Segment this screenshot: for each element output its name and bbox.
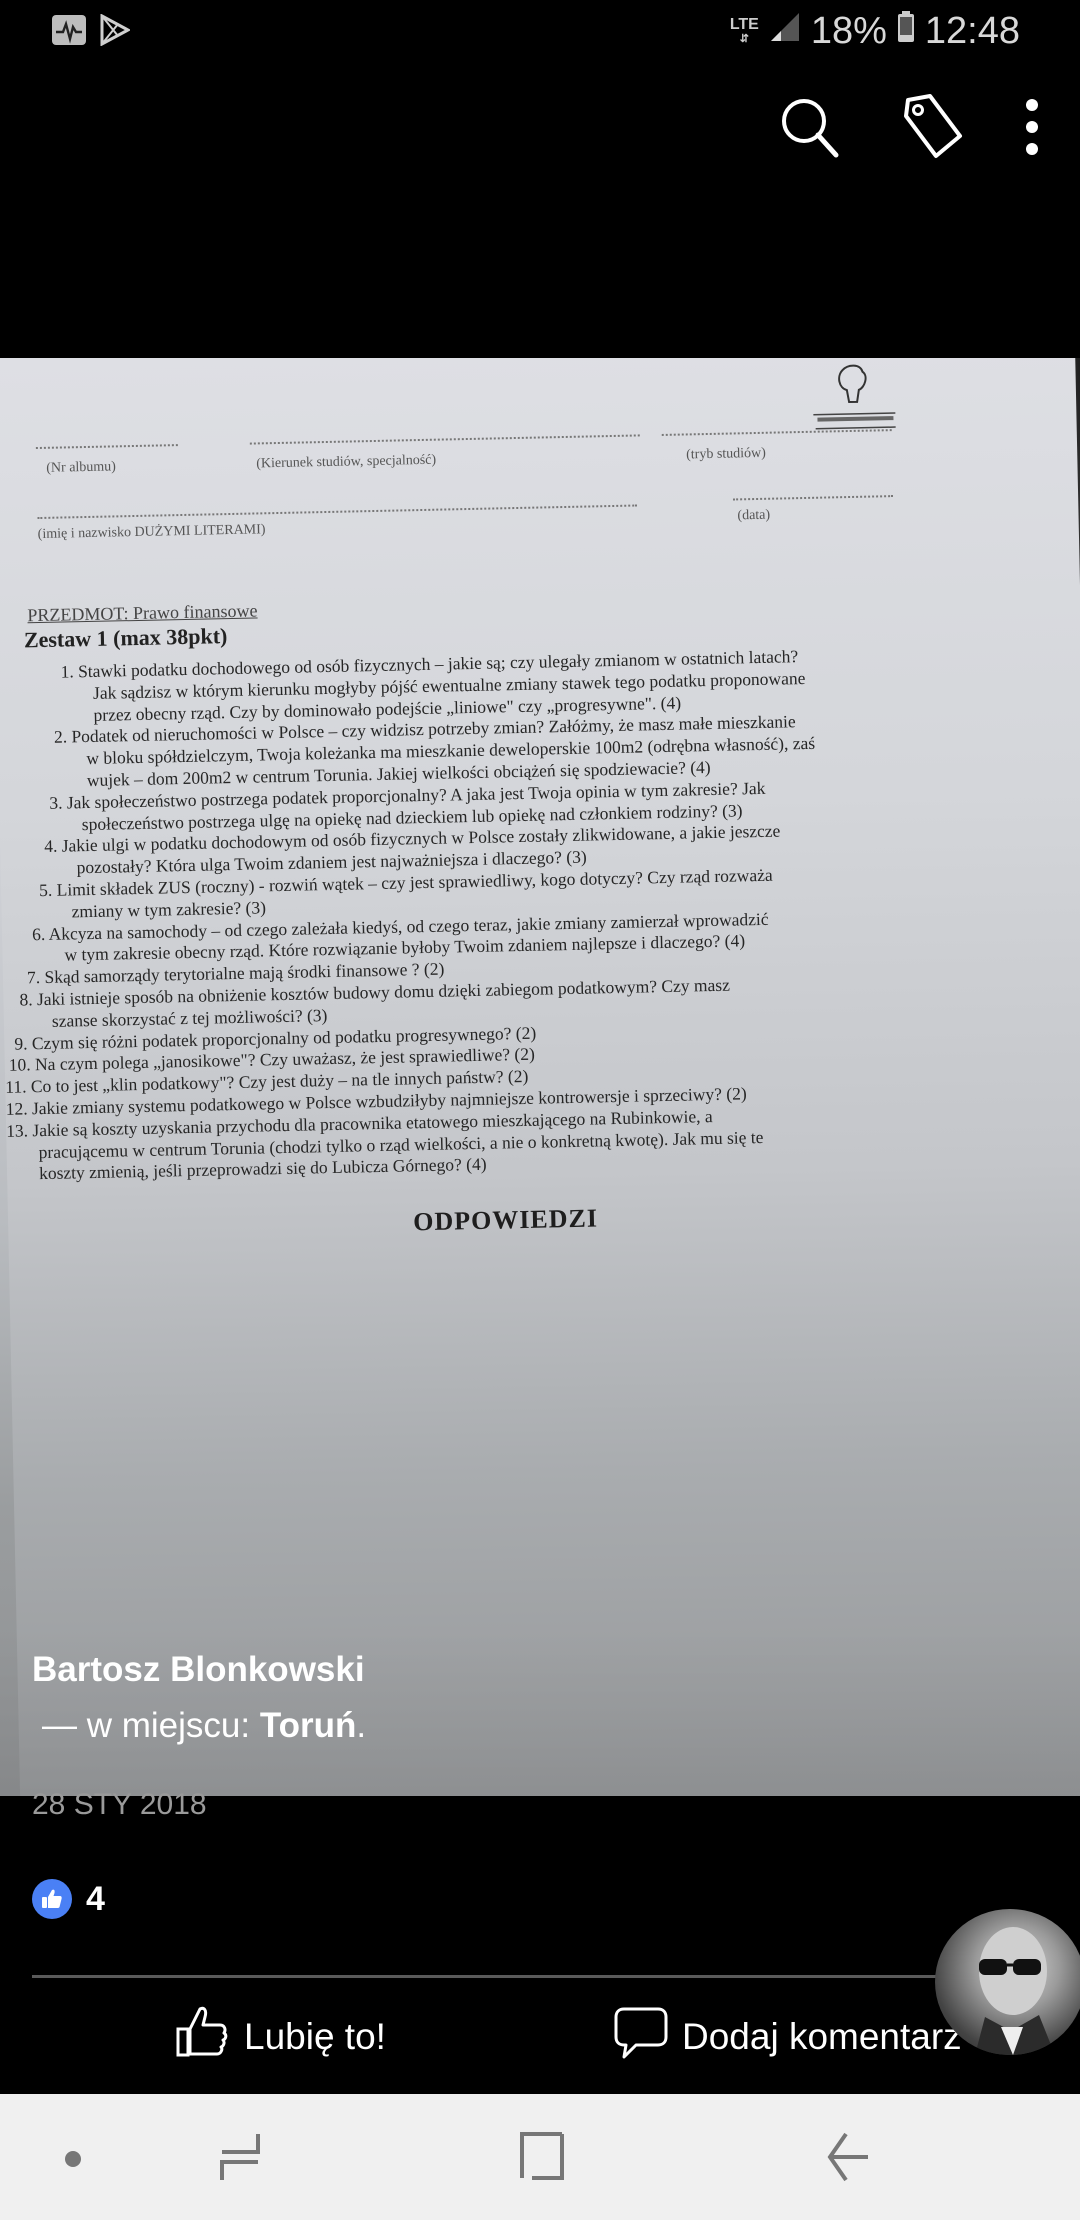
system-nav-bar [0,2094,1080,2220]
play-store-icon [100,14,130,51]
back-icon[interactable] [826,2132,870,2187]
set-title: Zestaw 1 (max 38pkt) [24,623,228,653]
battery-icon [897,10,915,53]
dot-icon[interactable] [64,2150,82,2173]
pulse-notification-icon [52,15,86,50]
divider [32,1975,952,1978]
post-date: 28 STY 2018 [32,1788,207,1822]
field-album-no: (Nr albumu) [46,459,116,476]
field-study-mode: (tryb studiów) [686,446,766,464]
like-count: 4 [86,1880,105,1919]
comment-label: Dodaj komentarz [682,2016,962,2058]
exam-sheet: (Nr albumu) (Kierunek studiów, specjalno… [0,358,1080,1796]
search-icon[interactable] [778,95,842,164]
comment-bubble-icon [614,2005,668,2068]
university-logo-icon [802,361,903,433]
like-button[interactable]: Lubię to! [176,2005,386,2068]
tag-icon[interactable] [900,94,966,165]
author-name[interactable]: Bartosz Blonkowski [32,1650,365,1690]
chat-head-avatar[interactable] [935,1909,1080,2055]
location-line: — w miejscu: Toruń. [42,1706,366,1746]
recent-apps-icon[interactable] [218,2132,262,2187]
field-course: (Kierunek studiów, specjalność) [256,453,436,473]
status-bar: LTE⇵ 18% 12:48 [0,0,1080,64]
thumbs-up-icon [176,2005,230,2068]
like-label: Lubię to! [244,2016,386,2058]
signal-icon [769,10,801,53]
like-reaction-icon [32,1879,72,1919]
reactions-summary[interactable]: 4 [32,1879,105,1919]
network-type: LTE⇵ [730,18,759,46]
photo-viewer-toolbar [0,64,1080,194]
question-line: zmiany w tym zakresie? (3) [71,897,266,921]
more-vert-icon[interactable] [1024,97,1040,162]
field-date: (data) [737,508,770,525]
clock: 12:48 [925,10,1020,53]
post-photo[interactable]: (Nr albumu) (Kierunek studiów, specjalno… [0,358,1080,1796]
comment-button[interactable]: Dodaj komentarz [614,2005,962,2068]
answers-heading: ODPOWIEDZI [413,1204,598,1238]
battery-percent: 18% [811,10,887,53]
location-link[interactable]: Toruń [260,1706,357,1745]
field-name: (imię i nazwisko DUŻYMI LITERAMI) [38,522,266,543]
post-actions: Lubię to! Dodaj komentarz [0,2005,1080,2105]
home-icon[interactable] [520,2132,566,2185]
